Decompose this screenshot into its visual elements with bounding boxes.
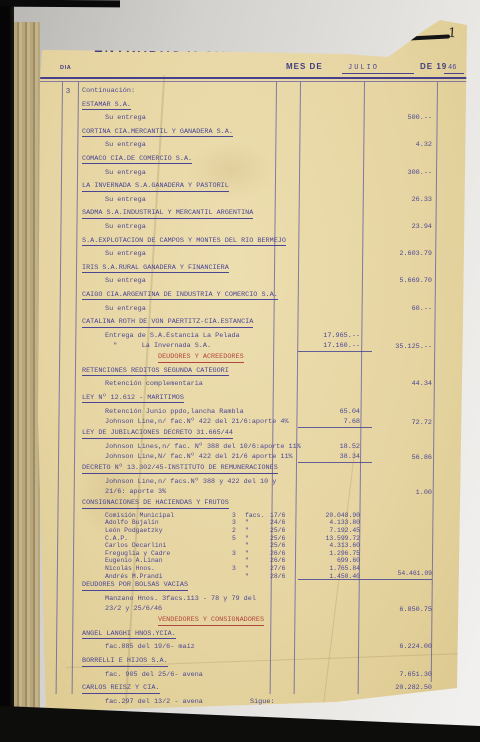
facture-unit: facs. — [245, 512, 264, 520]
ledger-sheet: ENTRADAS A CAJA DIA MES DE JULIO DE 19 4… — [36, 20, 472, 720]
facture-date: 26/6 — [270, 550, 285, 558]
facture-date: 25/6 — [270, 542, 285, 550]
amount-total: 2.603.79 — [399, 249, 432, 259]
company-name: CORTINA CIA.MERCANTIL Y GANADERA S.A. — [82, 128, 233, 138]
line-text: " La Invernada S.A. — [105, 342, 211, 350]
consignor-name: Freguglia y Cadre — [105, 550, 170, 557]
company-row: DECRETO Nº 13.302/45-INSTITUTO DE REMUNE… — [78, 463, 438, 477]
company-name: S.A.EXPLOTACION DE CAMPOS Y MONTES DEL R… — [82, 237, 286, 247]
multi-line: Johnson Line,N/ fac.Nº 422 del 21/6 apor… — [105, 452, 438, 462]
facture-date: 24/6 — [270, 519, 285, 527]
amount-partial: 7.192.45 — [329, 527, 360, 535]
detail-text: Su entrega — [105, 196, 146, 204]
facture-count: 3 — [232, 565, 236, 573]
amount-total: 6.850.75 — [399, 605, 432, 615]
company-row: LEY DE JUBILACIONES DECRETO 31.665/44 — [78, 428, 438, 442]
consignment-line: Freguglia y Cadre3"26/61.296.75 — [105, 550, 438, 558]
amount-partial: 4.133.80 — [329, 519, 360, 527]
amount-total: 300.-- — [408, 168, 432, 178]
company-name: CARLOS REISZ Y CIA. — [82, 684, 160, 694]
amount-total: 44.34 — [412, 379, 432, 389]
amount-partial: 38.34 — [340, 452, 360, 462]
day-value: 3 — [60, 88, 76, 96]
detail-row: fac. 905 del 25/6- avena7.651.30 — [78, 670, 438, 684]
detail-row: Su entrega500.-- — [78, 113, 438, 127]
ledger-note: Continuación: — [78, 86, 438, 100]
detail-row: Su entrega23.94 — [78, 222, 438, 236]
company-row: BORRELLI E HIJOS S.A. — [78, 656, 438, 670]
company-name: CONSIGNACIONES DE HACIENDAS Y FRUTOS — [82, 499, 229, 509]
company-name: ANGEL LANGHI HNOS.YCIA. — [82, 630, 176, 640]
multi-line-row: Manzano Hnos. 3facs.113 - 78 y 79 del23/… — [78, 594, 438, 616]
amount-total: 5.669.70 — [399, 276, 432, 286]
company-row: CATALINA ROTH DE VON PAERTITZ-CIA.ESTANC… — [78, 317, 438, 331]
company-name: DEUDORES POR BOLSAS VACIAS — [82, 581, 188, 591]
facture-date: 25/6 — [270, 527, 285, 535]
company-row: CORTINA CIA.MERCANTIL Y GANADERA S.A. — [78, 127, 438, 141]
detail-row: Su entrega2.603.79 — [78, 249, 438, 263]
consignor-name: Carlos Decarlini — [105, 542, 166, 549]
line-text: Retención Junio ppdo,lancha Rambla — [105, 408, 244, 416]
consignment-line: Comisión Municipal3facs.17/620.048.90 — [105, 512, 438, 520]
detail-row: Su entrega26.33 — [78, 195, 438, 209]
facture-unit: " — [245, 535, 249, 543]
amount-total: 23.94 — [412, 222, 432, 232]
company-name: BORRELLI E HIJOS S.A. — [82, 657, 168, 667]
facture-unit: " — [245, 557, 249, 565]
amount-total: 4.32 — [416, 140, 432, 150]
detail-text: fac. 905 del 25/6- avena — [105, 671, 203, 679]
amount-partial: 4.313.60 — [329, 542, 360, 550]
month-value: JULIO — [348, 64, 379, 72]
multi-line: Manzano Hnos. 3facs.113 - 78 y 79 del — [105, 594, 438, 604]
month-rule — [342, 73, 414, 74]
company-name: LA INVERNADA S.A.GANADERA Y PASTORIL — [82, 182, 229, 192]
company-row: CARLOS REISZ Y CIA.20.282.50 — [78, 683, 438, 697]
consignment-block: Comisión Municipal3facs.17/620.048.90Ado… — [78, 512, 438, 580]
note-text: Continuación: — [82, 87, 135, 95]
consignor-name: Nicolás Hnos. — [105, 565, 155, 572]
company-row: DEUDORES POR BOLSAS VACIAS — [78, 580, 438, 594]
line-text: Johnson Line,n/ facs.Nº 388 y 422 del 10… — [105, 478, 276, 486]
line-text: Johnson Line,n/ fac.Nº 422 del 21/6:apor… — [105, 418, 289, 426]
detail-text: Su entrega — [105, 250, 146, 258]
year-rule — [444, 73, 464, 74]
facture-date: 17/6 — [270, 512, 285, 520]
amount-total: 500.-- — [408, 113, 432, 123]
header-rule-thin — [38, 81, 468, 82]
multi-line-row: Retención Junio ppdo,lancha Rambla65.04J… — [78, 407, 438, 429]
facture-unit: " — [245, 573, 249, 581]
detail-row: fac.885 del 19/6- maíz6.224.00 — [78, 642, 438, 656]
amount-partial: 18.52 — [340, 442, 360, 452]
consignment-line: León Podgaetzky2"25/67.192.45 — [105, 527, 438, 535]
section-heading: DEUDORES Y ACREEDORES — [78, 352, 438, 366]
company-name: LEY Nº 12.612 - MARITIMOS — [82, 394, 184, 404]
amount-partial: 699.60 — [337, 557, 360, 565]
facture-date: 25/6 — [270, 535, 285, 543]
amount-partial: 20.048.90 — [325, 512, 360, 520]
day-column-label: DIA — [60, 65, 71, 71]
sigue-label: Sigue: — [250, 697, 274, 707]
amount-partial: 1.765.84 — [329, 565, 360, 573]
consignment-line: Adolfo Bujalín3"24/64.133.80 — [105, 519, 438, 527]
multi-line-row: Johnson Line,n/ facs.Nº 388 y 422 del 10… — [78, 477, 438, 499]
amount-total: 6.224.00 — [399, 642, 432, 652]
line-text: Entrega de S.A.Estancia La Pelada — [105, 332, 240, 340]
section-text: DEUDORES Y ACREEDORES — [158, 353, 244, 363]
detail-text: fac.885 del 19/6- maíz — [105, 643, 195, 651]
detail-text: Su entrega — [105, 141, 146, 149]
detail-row: Su entrega5.669.70 — [78, 276, 438, 290]
consignment-line: Eugenio A.Linan"26/6699.60 — [105, 557, 438, 565]
facture-count: 3 — [232, 512, 236, 520]
amount-total: 20.282.50 — [395, 683, 432, 693]
company-row: CONSIGNACIONES DE HACIENDAS Y FRUTOS — [78, 498, 438, 512]
scan-shadow-top — [0, 0, 120, 7]
detail-row: Su entrega60.-- — [78, 304, 438, 318]
company-name: IRIS S.A.RURAL GANADERA Y FINANCIERA — [82, 264, 229, 274]
ledger-rows: Continuación:ESTAMAR S.A.Su entrega500.-… — [78, 86, 438, 710]
company-row: LEY Nº 12.612 - MARITIMOS — [78, 393, 438, 407]
facture-unit: " — [245, 550, 249, 558]
multi-line-row: Johnson Lines,n/ fac. Nº 388 del 10/6:ap… — [78, 442, 438, 464]
company-row: S.A.EXPLOTACION DE CAMPOS Y MONTES DEL R… — [78, 236, 438, 250]
detail-text: Retención complementaria — [105, 380, 203, 388]
multi-line: 21/6: aporte 3% — [105, 487, 438, 497]
amount-partial: 65.04 — [340, 407, 360, 417]
detail-text: Su entrega — [105, 305, 146, 313]
facture-unit: " — [245, 519, 249, 527]
multi-line: Johnson Lines,n/ fac. Nº 388 del 10/6:ap… — [105, 442, 438, 452]
amount-partial: 7.68 — [344, 417, 360, 427]
facture-count: 5 — [232, 535, 236, 543]
line-text: Manzano Hnos. 3facs.113 - 78 y 79 del — [105, 595, 256, 603]
company-name: COMACO CIA.DE COMERCIO S.A. — [82, 155, 192, 165]
facture-unit: " — [245, 527, 249, 535]
facture-count: 3 — [232, 550, 236, 558]
facture-count: 3 — [232, 519, 236, 527]
year-value: 46 — [448, 64, 456, 72]
section-heading: VENDEDORES Y CONSIGNADORES — [78, 615, 438, 629]
consignor-name: Adolfo Bujalín — [105, 519, 159, 526]
month-prefix-label: MES DE — [286, 62, 323, 71]
multi-line: Retención Junio ppdo,lancha Rambla65.04 — [105, 407, 438, 417]
amount-partial: 17.160.-- — [323, 341, 360, 351]
consignor-name: Eugenio A.Linan — [105, 557, 163, 564]
multi-line: 23/2 y 25/6/46 — [105, 604, 438, 614]
consignor-name: Comisión Municipal — [105, 512, 174, 519]
pen-mark — [388, 34, 450, 41]
company-name: DECRETO Nº 13.302/45-INSTITUTO DE REMUNE… — [82, 464, 278, 474]
company-name: RETENCIONES REDITOS SEGUNDA CATEGORI — [82, 367, 229, 377]
company-row: RETENCIONES REDITOS SEGUNDA CATEGORI — [78, 366, 438, 380]
book-binding — [0, 0, 14, 742]
company-name: ESTAMAR S.A. — [82, 101, 131, 111]
consignor-name: C.A.P. — [105, 535, 128, 542]
year-prefix-label: DE 19 — [420, 62, 447, 71]
stacked-page-edges — [14, 22, 40, 722]
facture-count: 2 — [232, 527, 236, 535]
company-row: LA INVERNADA S.A.GANADERA Y PASTORIL — [78, 181, 438, 195]
detail-row: Su entrega300.-- — [78, 168, 438, 182]
company-row: ESTAMAR S.A. — [78, 100, 438, 114]
amount-partial: 17.965.-- — [323, 331, 360, 341]
amount-partial: 13.599.72 — [325, 535, 360, 543]
line-text: Johnson Lines,n/ fac. Nº 388 del 10/6:ap… — [105, 443, 301, 451]
consignment-line: C.A.P.5"25/613.599.72 — [105, 535, 438, 543]
footer-row: fac.297 del 13/2 - avenaSigue: — [78, 697, 438, 711]
company-row: ANGEL LANGHI HNOS.YCIA. — [78, 629, 438, 643]
company-row: CAIGO CIA.ARGENTINA DE INDUSTRIA Y COMER… — [78, 290, 438, 304]
header-rule — [38, 77, 468, 79]
page-number-handwritten: 1 — [447, 26, 456, 42]
facture-date: 26/6 — [270, 557, 285, 565]
multi-line: Johnson Line,n/ fac.Nº 422 del 21/6:apor… — [105, 417, 438, 427]
amount-total: 7.651.30 — [399, 670, 432, 680]
line-text: 21/6: aporte 3% — [105, 488, 166, 496]
company-name: CATALINA ROTH DE VON PAERTITZ-CIA.ESTANC… — [82, 318, 253, 328]
consignment-line: Carlos Decarlini"25/64.313.60 — [105, 542, 438, 550]
consignor-name: León Podgaetzky — [105, 527, 163, 534]
page-title: ENTRADAS A CAJA — [94, 40, 247, 55]
amount-total: 1.00 — [416, 488, 432, 498]
amount-total: 60.-- — [412, 304, 432, 314]
company-name: CAIGO CIA.ARGENTINA DE INDUSTRIA Y COMER… — [82, 291, 278, 301]
amount-total: 26.33 — [412, 195, 432, 205]
detail-text: Su entrega — [105, 169, 146, 177]
amount-partial: 1.296.75 — [329, 550, 360, 558]
consignment-line: Nicolás Hnos.3"27/61.765.84 — [105, 565, 438, 573]
company-row: IRIS S.A.RURAL GANADERA Y FINANCIERA — [78, 263, 438, 277]
company-name: LEY DE JUBILACIONES DECRETO 31.665/44 — [82, 429, 233, 439]
multi-line: Johnson Line,n/ facs.Nº 388 y 422 del 10… — [105, 477, 438, 487]
multi-line-row: Entrega de S.A.Estancia La Pelada17.965.… — [78, 331, 438, 353]
scanned-ledger-page: { "colors": { "ink": "#4a4694", "print":… — [0, 0, 480, 742]
line-text: 23/2 y 25/6/46 — [105, 605, 162, 613]
multi-line: Entrega de S.A.Estancia La Pelada17.965.… — [105, 331, 438, 341]
detail-text: fac.297 del 13/2 - avena — [105, 698, 203, 706]
pen-mark-tail — [394, 18, 412, 33]
company-name: SADMA S.A.INDUSTRIAL Y MERCANTIL ARGENTI… — [82, 209, 253, 219]
amount-total: 35.125.-- — [395, 342, 432, 352]
multi-line: " La Invernada S.A.17.160.-- — [105, 341, 438, 351]
section-text: VENDEDORES Y CONSIGNADORES — [158, 616, 264, 626]
amount-total: 72.72 — [412, 418, 432, 428]
facture-date: 27/6 — [270, 565, 285, 573]
detail-row: Su entrega4.32 — [78, 140, 438, 154]
amount-total: 54.461.09 — [397, 569, 432, 579]
line-text: Johnson Line,N/ fac.Nº 422 del 21/6 apor… — [105, 453, 293, 461]
table-line-day-left — [56, 82, 63, 694]
detail-text: Su entrega — [105, 277, 146, 285]
detail-row: Retención complementaria44.34 — [78, 379, 438, 393]
amount-total: 56.86 — [412, 453, 432, 463]
detail-text: Su entrega — [105, 114, 146, 122]
facture-unit: " — [245, 542, 249, 550]
detail-text: Su entrega — [105, 223, 146, 231]
facture-date: 28/6 — [270, 573, 285, 581]
consignor-name: Andrés M.Prandi — [105, 573, 163, 580]
company-row: COMACO CIA.DE COMERCIO S.A. — [78, 154, 438, 168]
facture-unit: " — [245, 565, 249, 573]
company-row: SADMA S.A.INDUSTRIAL Y MERCANTIL ARGENTI… — [78, 208, 438, 222]
